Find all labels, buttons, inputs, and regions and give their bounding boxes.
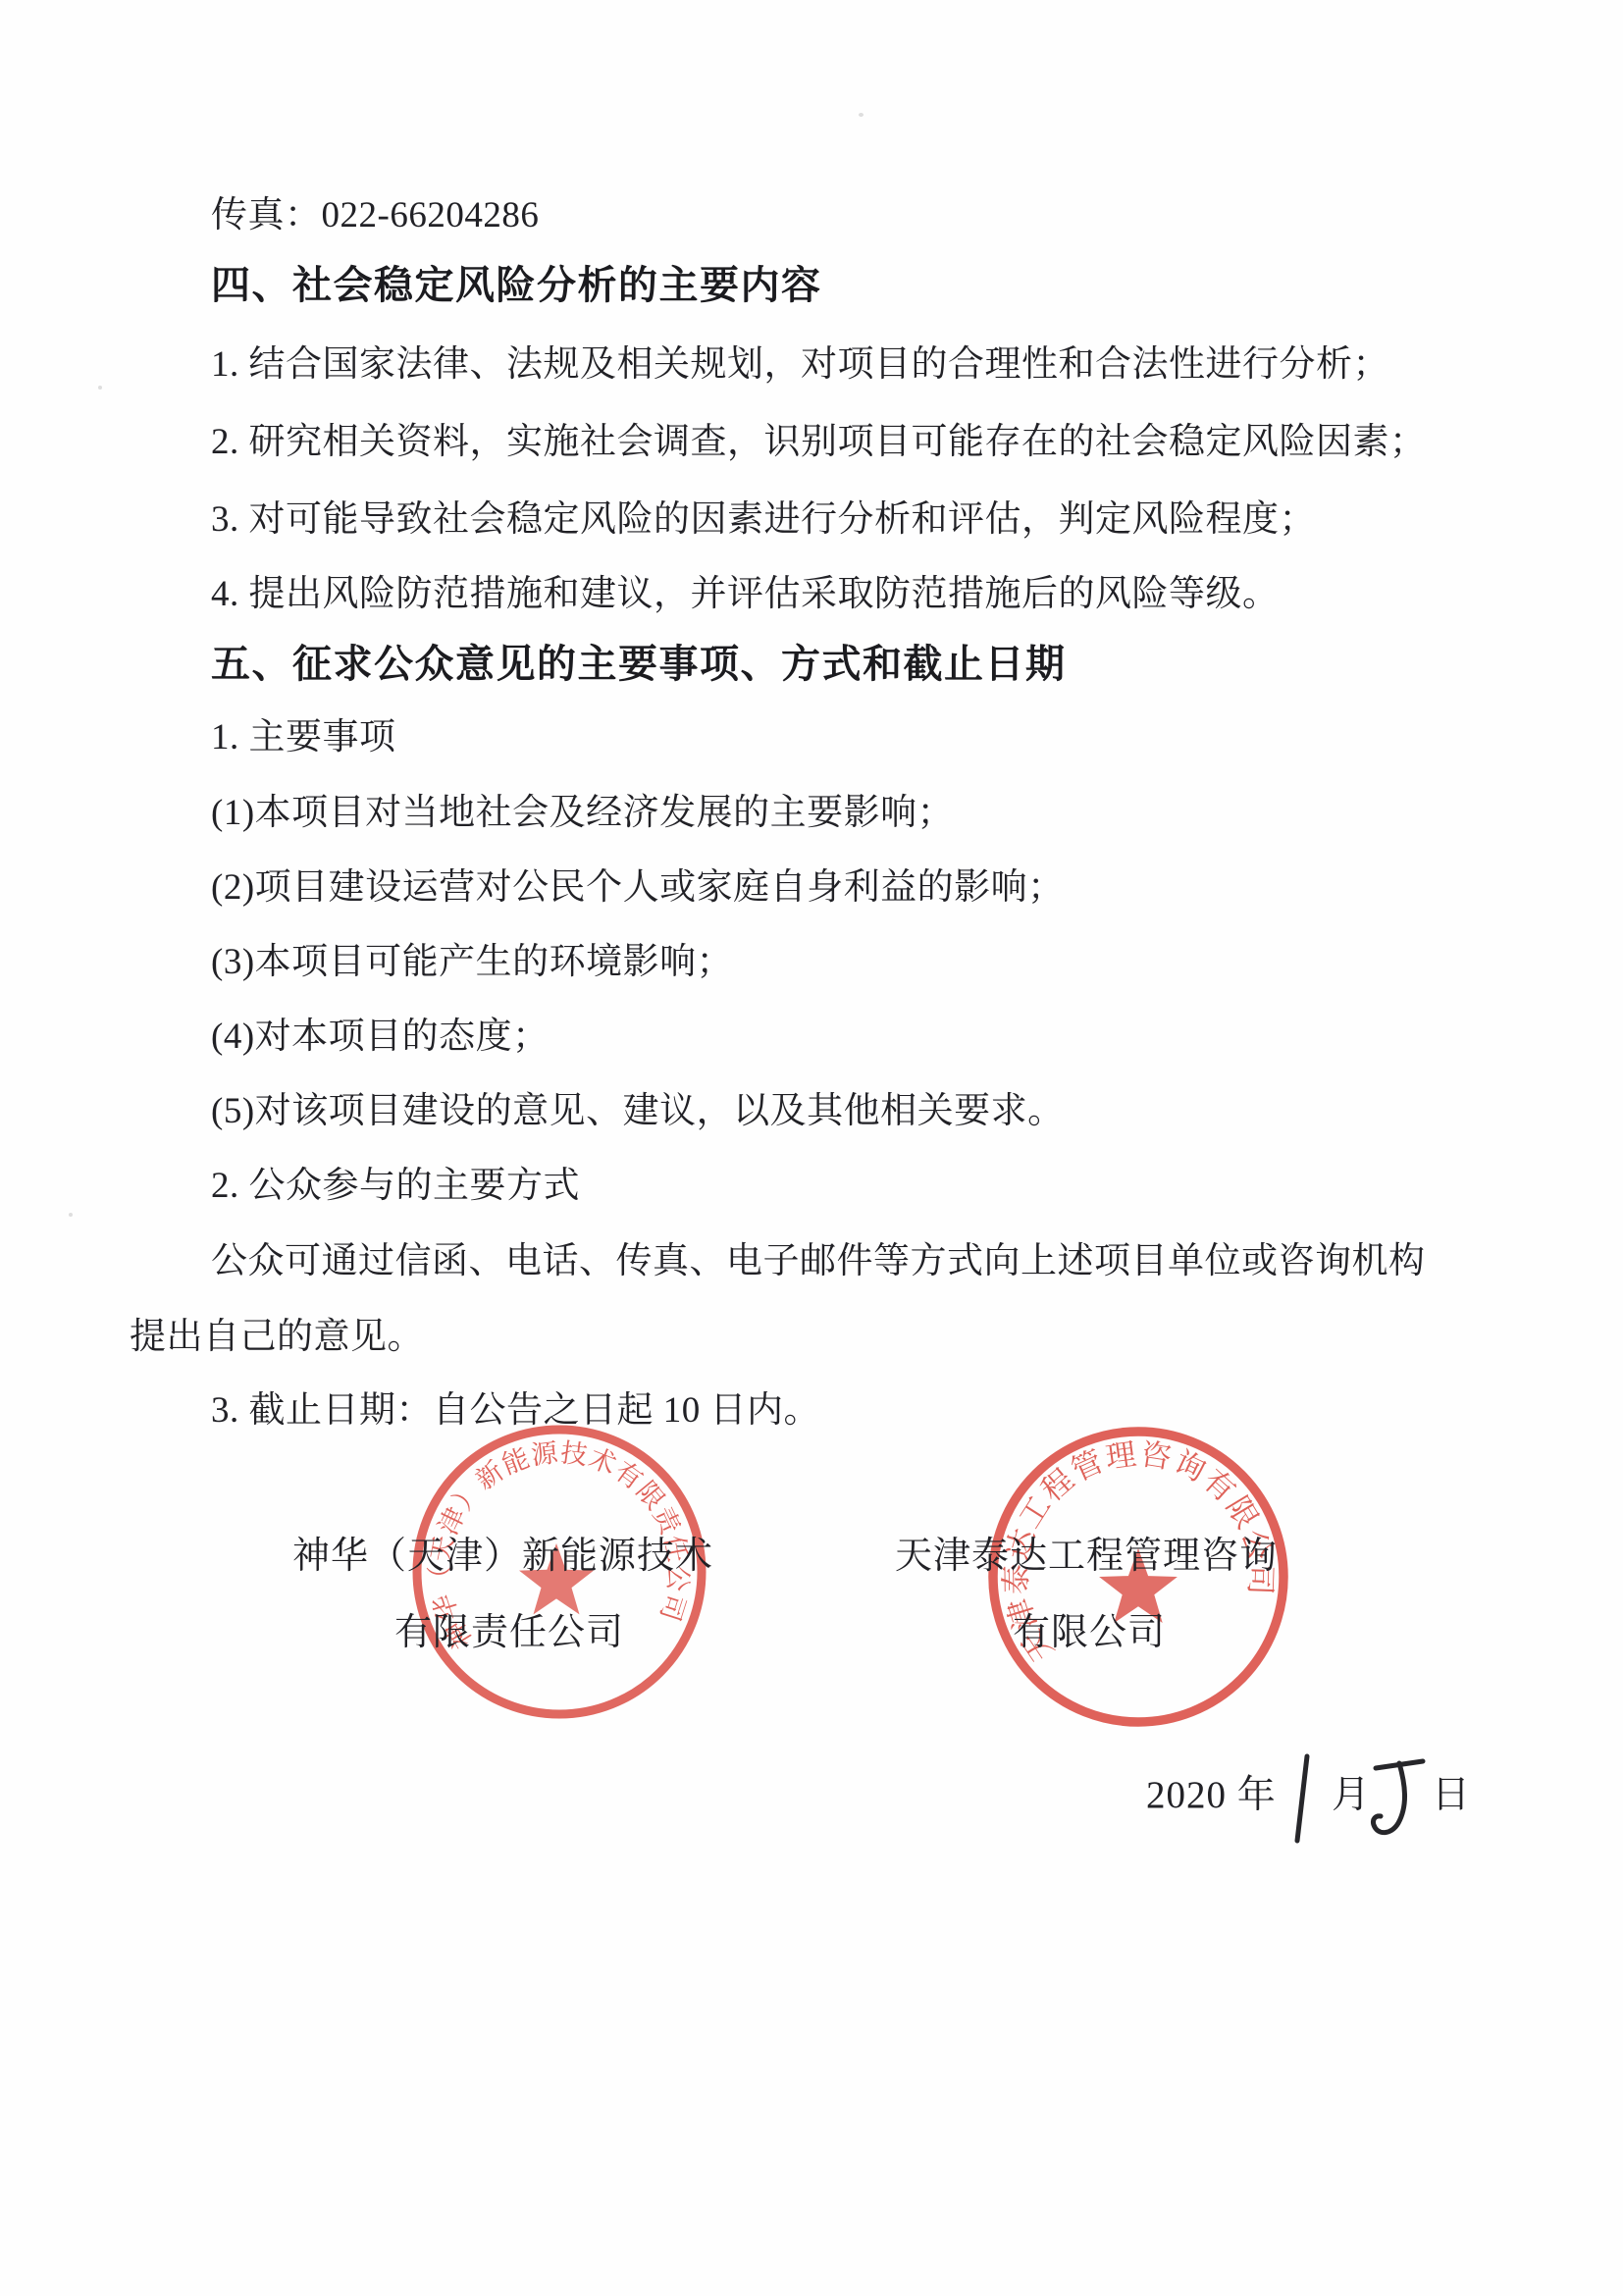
section-5-subitem-5: (5)对该项目建设的意见、建议，以及其他相关要求。 bbox=[211, 1089, 1065, 1134]
section-5-item-1-heading: 1. 主要事项 bbox=[211, 715, 396, 760]
section-5-subitem-2: (2)项目建设运营对公民个人或家庭自身利益的影响； bbox=[211, 865, 1065, 911]
handwritten-month-1-stroke bbox=[1297, 1756, 1307, 1841]
section-5-subitem-3: (3)本项目可能产生的环境影响； bbox=[211, 940, 733, 985]
section-4-item-3: 3. 对可能导致社会稳定风险的因素进行分析和评估，判定风险程度； bbox=[211, 497, 1316, 543]
fax-line: 传真：022-66204286 bbox=[211, 193, 539, 238]
section-5-item-2-body-line-1: 公众可通过信函、电话、传真、电子邮件等方式向上述项目单位或咨询机构 bbox=[211, 1239, 1426, 1284]
handwritten-day-5-bar bbox=[1376, 1761, 1423, 1768]
date-year: 2020 年 bbox=[1146, 1772, 1277, 1820]
section-5-item-2-body-line-2: 提出自己的意见。 bbox=[130, 1315, 424, 1360]
section-5-item-2-heading: 2. 公众参与的主要方式 bbox=[211, 1164, 580, 1209]
scanned-document-page: 传真：022-66204286 四、社会稳定风险分析的主要内容 1. 结合国家法… bbox=[0, 0, 1623, 2296]
section-4-heading: 四、社会稳定风险分析的主要内容 bbox=[211, 261, 822, 310]
right-company-name-line-2: 有限公司 bbox=[1013, 1610, 1166, 1657]
section-4-item-1: 1. 结合国家法律、法规及相关规划，对项目的合理性和合法性进行分析； bbox=[211, 342, 1389, 388]
handwritten-day-5-hook bbox=[1373, 1763, 1404, 1833]
date-month-label: 月 bbox=[1332, 1772, 1371, 1820]
left-company-name-line-1: 神华（天津）新能源技术 bbox=[292, 1534, 713, 1581]
left-company-name-line-2: 有限责任公司 bbox=[394, 1610, 624, 1657]
section-4-item-2: 2. 研究相关资料，实施社会调查，识别项目可能存在的社会稳定风险因素； bbox=[211, 420, 1427, 465]
section-5-heading: 五、征求公众意见的主要事项、方式和截止日期 bbox=[211, 640, 1067, 689]
scan-speck bbox=[69, 1213, 73, 1217]
section-5-subitem-1: (1)本项目对当地社会及经济发展的主要影响； bbox=[211, 791, 954, 836]
date-day-label: 日 bbox=[1432, 1772, 1471, 1820]
right-company-name-line-1: 天津泰达工程管理咨询 bbox=[895, 1534, 1278, 1581]
section-4-item-4: 4. 提出风险防范措施和建议，并评估采取防范措施后的风险等级。 bbox=[211, 572, 1280, 617]
section-5-item-3: 3. 截止日期：自公告之日起 10 日内。 bbox=[211, 1388, 820, 1434]
scan-speck bbox=[98, 386, 102, 390]
scan-speck bbox=[859, 113, 864, 117]
section-5-subitem-4: (4)对本项目的态度； bbox=[211, 1015, 550, 1060]
